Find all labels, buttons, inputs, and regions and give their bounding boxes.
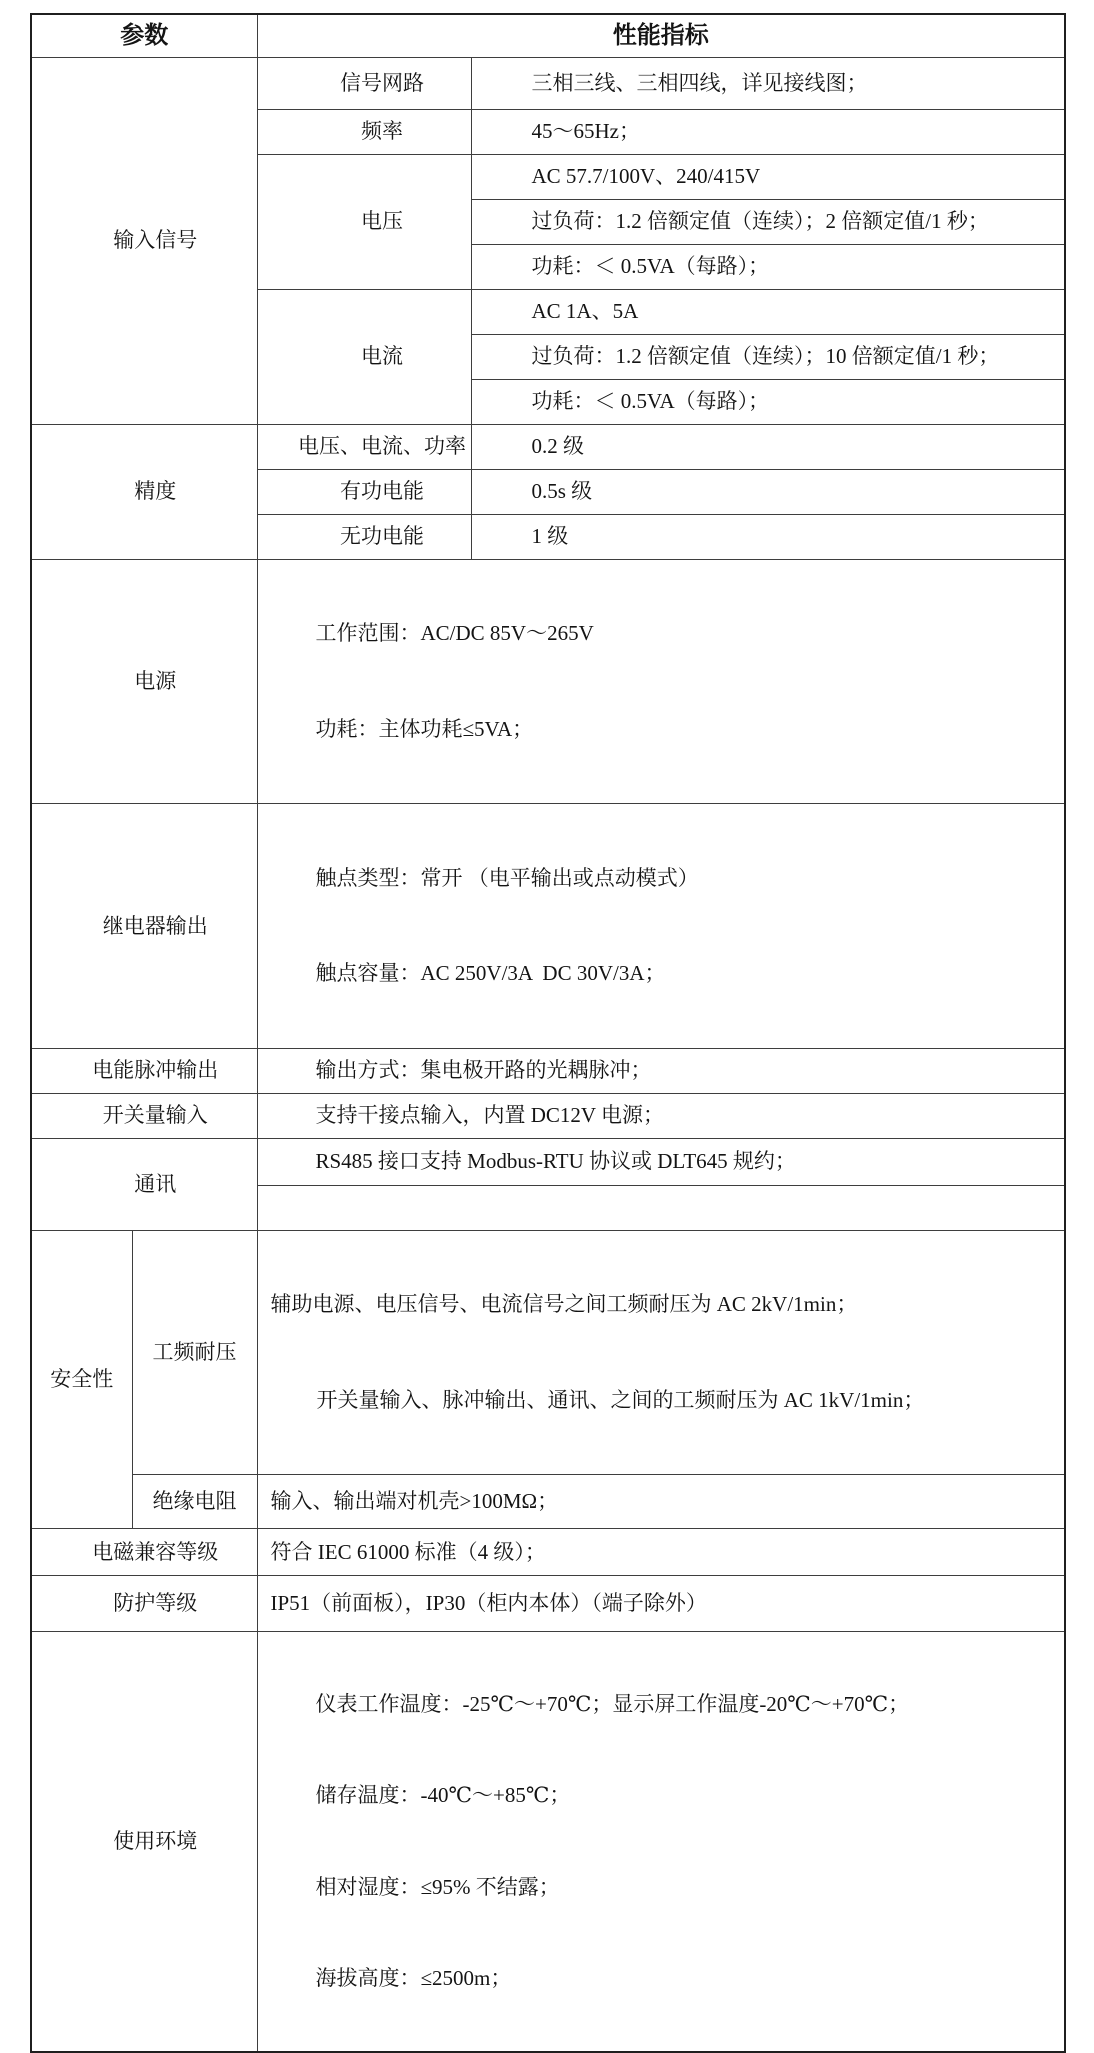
accuracy-reactive-energy-value: 1 级 [471, 514, 1065, 559]
current-consumption-value: 功耗：＜ 0.5VA（每路）； [471, 379, 1065, 424]
env-altitude-line: 海拔高度：≤2500m； [316, 1959, 1065, 1998]
relay-value-cell: 触点类型：常开 （电平输出或点动模式） 触点容量：AC 250V/3A DC 3… [257, 804, 1065, 1049]
env-humidity-line: 相对湿度：≤95% 不结露； [316, 1868, 1065, 1907]
current-range-value: AC 1A、5A [471, 289, 1065, 334]
frequency-label: 频率 [257, 109, 471, 154]
accuracy-reactive-energy-label: 无功电能 [257, 514, 471, 559]
protection-level-label: 防护等级 [31, 1576, 257, 1632]
accuracy-label: 精度 [31, 424, 257, 559]
power-label: 电源 [31, 559, 257, 804]
param-header-cell: 参数 [31, 14, 257, 57]
comm-extra-cell [257, 1185, 1065, 1230]
power-range-line: 工作范围：AC/DC 85V～265V [316, 612, 1065, 655]
withstand-voltage-cell: 辅助电源、电压信号、电流信号之间工频耐压为 AC 2kV/1min； 开关量输入… [257, 1230, 1065, 1475]
withstand-line-2: 开关量输入、脉冲输出、通讯、之间的工频耐压为 AC 1kV/1min； [271, 1379, 1065, 1422]
insulation-resistance-label: 绝缘电阻 [132, 1475, 257, 1529]
spec-table: 参数 性能指标 输入信号 信号网路 三相三线、三相四线，详见接线图； 频率 45… [30, 13, 1066, 2053]
safety-label: 安全性 [31, 1230, 132, 1529]
env-operating-temp-line: 仪表工作温度：-25℃～+70℃；显示屏工作温度-20℃～+70℃； [316, 1685, 1065, 1724]
signal-network-label: 信号网路 [257, 57, 471, 109]
pulse-output-label: 电能脉冲输出 [31, 1048, 257, 1093]
accuracy-vip-value: 0.2 级 [471, 424, 1065, 469]
accuracy-active-energy-value: 0.5s 级 [471, 469, 1065, 514]
emc-level-value: 符合 IEC 61000 标准（4 级）； [257, 1529, 1065, 1576]
power-consumption-line: 功耗：主体功耗≤5VA； [316, 708, 1065, 751]
relay-contact-capacity-line: 触点容量：AC 250V/3A DC 30V/3A； [316, 952, 1065, 995]
accuracy-vip-label: 电压、电流、功率 [257, 424, 471, 469]
voltage-consumption-value: 功耗：＜ 0.5VA（每路）； [471, 244, 1065, 289]
pulse-output-value: 输出方式：集电极开路的光耦脉冲； [257, 1048, 1065, 1093]
comm-value: RS485 接口支持 Modbus-RTU 协议或 DLT645 规约； [257, 1138, 1065, 1185]
withstand-voltage-label: 工频耐压 [132, 1230, 257, 1475]
current-overload-value: 过负荷：1.2 倍额定值（连续）；10 倍额定值/1 秒； [471, 334, 1065, 379]
power-value-cell: 工作范围：AC/DC 85V～265V 功耗：主体功耗≤5VA； [257, 559, 1065, 804]
current-label: 电流 [257, 289, 471, 424]
digital-input-value: 支持干接点输入，内置 DC12V 电源； [257, 1093, 1065, 1138]
frequency-value: 45～65Hz； [471, 109, 1065, 154]
accuracy-active-energy-label: 有功电能 [257, 469, 471, 514]
emc-level-label: 电磁兼容等级 [31, 1529, 257, 1576]
voltage-label: 电压 [257, 154, 471, 289]
relay-contact-type-line: 触点类型：常开 （电平输出或点动模式） [316, 857, 1065, 900]
spec-header-cell: 性能指标 [257, 14, 1065, 57]
relay-output-label: 继电器输出 [31, 804, 257, 1049]
digital-input-label: 开关量输入 [31, 1093, 257, 1138]
insulation-resistance-value: 输入、输出端对机壳>100MΩ； [257, 1475, 1065, 1529]
input-signal-label: 输入信号 [31, 57, 257, 424]
comm-label: 通讯 [31, 1138, 257, 1230]
voltage-overload-value: 过负荷：1.2 倍额定值（连续）；2 倍额定值/1 秒； [471, 199, 1065, 244]
environment-cell: 仪表工作温度：-25℃～+70℃；显示屏工作温度-20℃～+70℃； 储存温度：… [257, 1632, 1065, 2052]
environment-label: 使用环境 [31, 1632, 257, 2052]
protection-level-value: IP51（前面板），IP30（柜内本体）（端子除外） [257, 1576, 1065, 1632]
voltage-range-value: AC 57.7/100V、240/415V [471, 154, 1065, 199]
withstand-line-1: 辅助电源、电压信号、电流信号之间工频耐压为 AC 2kV/1min； [271, 1283, 1065, 1326]
env-storage-temp-line: 储存温度：-40℃～+85℃； [316, 1776, 1065, 1815]
signal-network-value: 三相三线、三相四线，详见接线图； [471, 57, 1065, 109]
